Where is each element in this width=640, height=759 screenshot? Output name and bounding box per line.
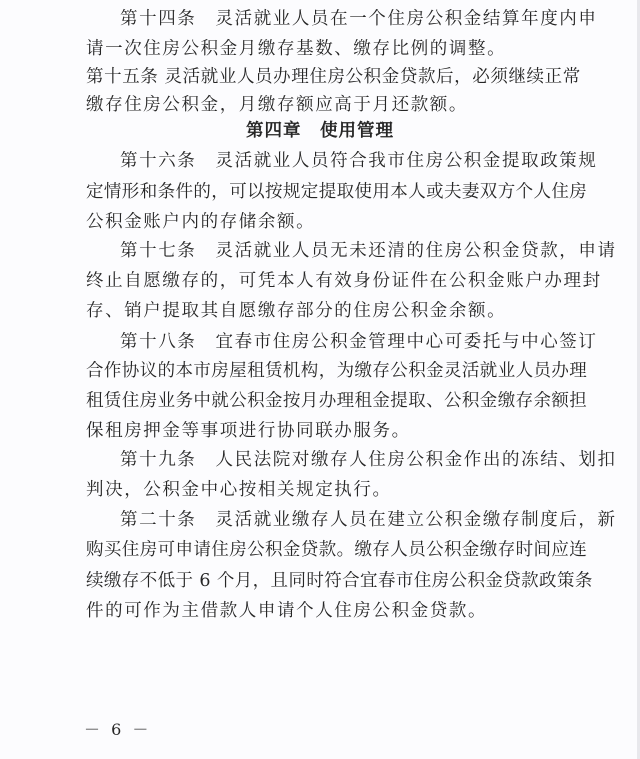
article-17-line-3: 存、销户提取其自愿缴存部分的住房公积金余额。 xyxy=(86,300,556,322)
article-19-line-2: 判决，公积金中心按相关规定执行。 xyxy=(86,479,556,501)
article-20-line-1: 第二十条 灵活就业缴存人员在建立公积金缴存制度后，新 xyxy=(120,509,556,531)
article-18-line-4: 保租房押金等事项进行协同联办服务。 xyxy=(86,420,556,442)
chapter-heading: 第四章 使用管理 xyxy=(0,120,640,142)
article-15-line-1: 第十五条 灵活就业人员办理住房公积金贷款后，必须继续正常 xyxy=(86,66,566,88)
article-16-line-3: 公积金账户内的存储余额。 xyxy=(86,211,556,233)
article-19-line-1: 第十九条 人民法院对缴存人住房公积金作出的冻结、划扣 xyxy=(120,449,556,471)
article-20-line-2: 购买住房可申请住房公积金贷款。缴存人员公积金缴存时间应连 xyxy=(86,539,556,561)
article-18-line-2: 合作协议的本市房屋租赁机构，为缴存公积金灵活就业人员办理 xyxy=(86,360,556,382)
article-18-line-1: 第十八条 宜春市住房公积金管理中心可委托与中心签订 xyxy=(120,331,556,353)
article-17-line-2: 终止自愿缴存的，可凭本人有效身份证件在公积金账户办理封 xyxy=(86,270,556,292)
article-15-line-2: 缴存住房公积金，月缴存额应高于月还款额。 xyxy=(86,94,556,116)
article-16-line-2: 定情形和条件的，可以按规定提取使用本人或夫妻双方个人住房 xyxy=(86,181,556,203)
document-page: 第十四条 灵活就业人员在一个住房公积金结算年度内申 请一次住房公积金月缴存基数、… xyxy=(0,0,640,759)
article-16-line-1: 第十六条 灵活就业人员符合我市住房公积金提取政策规 xyxy=(120,150,556,172)
article-14-line-2: 请一次住房公积金月缴存基数、缴存比例的调整。 xyxy=(86,38,556,60)
article-14-line-1: 第十四条 灵活就业人员在一个住房公积金结算年度内申 xyxy=(120,8,556,30)
article-18-line-3: 租赁住房业务中就公积金按月办理租金提取、公积金缴存余额担 xyxy=(86,390,556,412)
article-20-line-4: 件的可作为主借款人申请个人住房公积金贷款。 xyxy=(86,600,556,622)
article-17-line-1: 第十七条 灵活就业人员无未还清的住房公积金贷款，申请 xyxy=(120,240,556,262)
page-number: － 6 － xyxy=(84,720,151,740)
article-20-line-3: 续缴存不低于 6 个月，且同时符合宜春市住房公积金贷款政策条 xyxy=(86,570,556,592)
